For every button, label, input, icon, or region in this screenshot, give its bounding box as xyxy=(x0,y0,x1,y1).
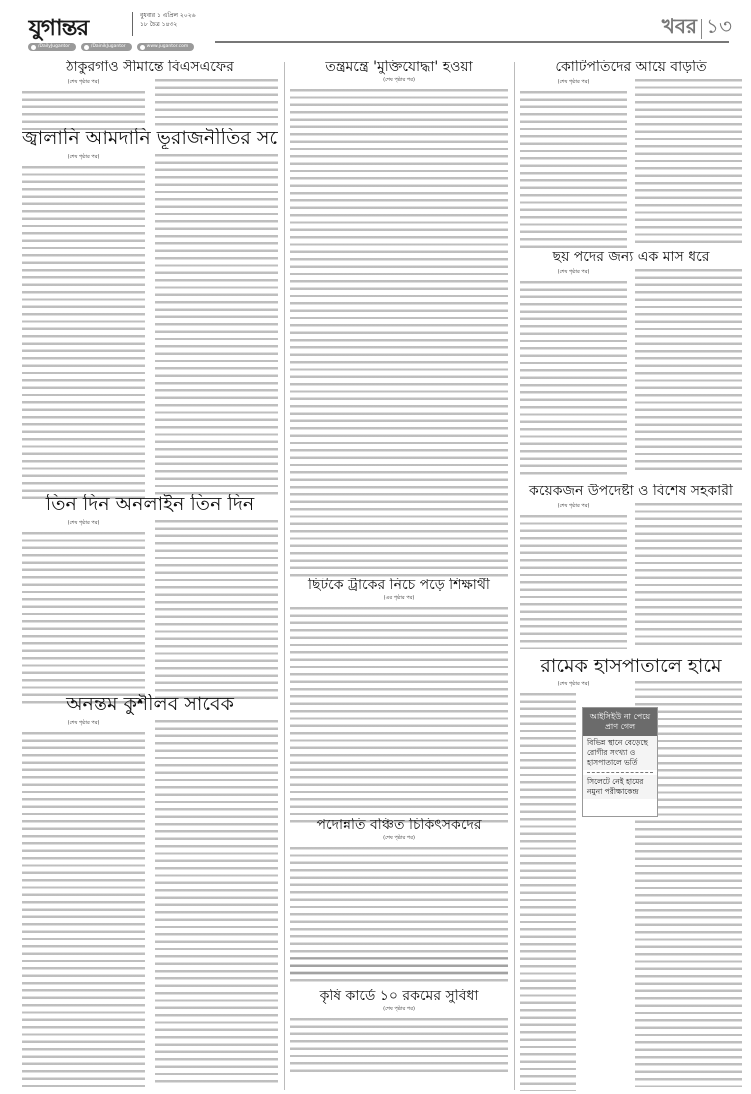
jump-line: (শেষ পৃষ্ঠার পর) xyxy=(520,681,627,689)
article-body: করা হয়েছে। হাসপাতালে ভর্তি স্বজন ও সহযো… xyxy=(22,730,145,1090)
column-divider xyxy=(514,62,515,1090)
article-body: রাতে পৌঁছে শহরের কলেজপাড়ায় ফেরার পথে ত… xyxy=(290,605,508,823)
headline[interactable]: অনন্তম কুশীলব সাবেক xyxy=(22,694,278,715)
section-divider xyxy=(701,19,702,39)
article-body: চাল দরকার হয়। রাজশাহী মেডিকেল কলেজ হাসপ… xyxy=(520,691,576,1091)
article-online-class[interactable]: তিন দিন অনলাইন তিন দিন (শেষ পৃষ্ঠার পর) … xyxy=(22,494,278,704)
article-body: হারে সম্পত্তি ও সামর্থ্য অনুযায়ী কর আদা… xyxy=(520,89,627,249)
headline[interactable]: ছিটকে ট্রাকের নিচে পড়ে শিক্ষার্থী xyxy=(290,578,508,593)
highlight-middle: বিভিন্ন স্থানে বেড়েছে রোগীর সংখ্যা ও হা… xyxy=(583,736,657,770)
facebook-icon xyxy=(84,45,89,50)
article-body: মাহমুদ, মো. গাজী রাকিব উদ্দিন ভূঁইয়া, অ… xyxy=(520,279,627,479)
headline[interactable]: পদোন্নতি বঞ্চিত চিকিৎসকদের xyxy=(290,818,508,833)
article-advisers[interactable]: কয়েকজন উপদেষ্টা ও বিশেষ সহকারী (শেষ পৃষ… xyxy=(520,484,742,649)
website-link[interactable]: www.jugantor.com xyxy=(137,43,195,51)
column-divider xyxy=(284,62,285,1090)
social-links: /DailyJugantor /DainikJugantor www.jugan… xyxy=(28,43,194,51)
jump-line: (শেষ পৃষ্ঠার পর) xyxy=(22,79,145,87)
jump-line: (শেষ পৃষ্ঠার পর) xyxy=(290,835,508,843)
date-bengali: ১৮ চৈত্র ১৪৩২ xyxy=(140,20,196,29)
article-body: আন্তর্জাতিক প্রতিক্রিয়া রয়েছে, তারেক র… xyxy=(635,501,742,645)
article-body: অনলাইন শিক্ষাকে উৎসাহিত করার বিষয়ে আলোচ… xyxy=(22,530,145,704)
jump-line: (এর পৃষ্ঠার পর) xyxy=(290,595,508,603)
article-body: সকাল করেন। অভিভাবক রাজধানীর স্কুলের সময়… xyxy=(155,518,278,700)
dateline: বুধবার ১ এপ্রিল ২০২৬ ১৮ চৈত্র ১৪৩২ xyxy=(140,11,196,29)
article-crorepati[interactable]: কোটিপতিদের আয়ে বাড়তি (শেষ পৃষ্ঠার পর) … xyxy=(520,60,742,249)
headline[interactable]: জ্বালানি আমদানি ভূরাজনীতির সঙ্গে জড়িয়ে xyxy=(22,128,278,149)
highlight-bottom: সিলেটে নেই হামের নমুনা পরীক্ষাকেন্দ্র xyxy=(583,775,657,799)
date-gregorian: বুধবার ১ এপ্রিল ২০২৬ xyxy=(140,11,196,20)
article-promotion-doctors[interactable]: পদোন্নতি বঞ্চিত চিকিৎসকদের (শেষ পৃষ্ঠার … xyxy=(290,818,508,975)
jump-line: (শেষ পৃষ্ঠার পর) xyxy=(520,269,627,277)
jump-line: (শেষ পৃষ্ঠার পর) xyxy=(290,1006,508,1014)
article-body: মরদেহ দাঁড়িয়েছে। তাঁরা বলেন, আমার স্বা… xyxy=(22,89,145,133)
x-icon xyxy=(31,45,36,50)
jump-line: (শেষ পৃষ্ঠার পর) xyxy=(290,77,508,85)
article-energy-geopolitics[interactable]: জ্বালানি আমদানি ভূরাজনীতির সঙ্গে জড়িয়ে… xyxy=(22,128,278,499)
article-body xyxy=(290,1016,508,1072)
social-facebook-link[interactable]: /DainikJugantor xyxy=(81,43,132,51)
article-kushilab[interactable]: অনন্তম কুশীলব সাবেক (শেষ পৃষ্ঠার পর) করা… xyxy=(22,694,278,1090)
headline[interactable]: তিন দিন অনলাইন তিন দিন xyxy=(22,494,278,515)
article-body: জ্বালানি খাতে ভর্তুকির চাহিদা বাড়বে। তা… xyxy=(155,152,278,495)
header-rule xyxy=(215,41,729,43)
article-body-top: চেষ্টা চলছে। বিতরণের পাশাপাশি প্রকৃত কৃষ… xyxy=(290,955,508,985)
jump-line: (শেষ পৃষ্ঠার পর) xyxy=(22,154,145,162)
headline[interactable]: তন্ত্রমন্ত্রে 'মুক্তিযোদ্ধা' হওয়া xyxy=(290,60,508,75)
social-x-link[interactable]: /DailyJugantor xyxy=(28,43,76,51)
logo-divider xyxy=(132,12,133,36)
article-agri-card[interactable]: চেষ্টা চলছে। বিতরণের পাশাপাশি প্রকৃত কৃষ… xyxy=(290,955,508,1072)
article-student-truck[interactable]: ছিটকে ট্রাকের নিচে পড়ে শিক্ষার্থী (এর প… xyxy=(290,578,508,823)
article-body: পুরনো বাজারের সংখ্যা বেড়েছে বলেও জানা গ… xyxy=(635,267,742,475)
article-body: একপর্যায়ে দাম দেওয়ার কথা তিনি জানান। স… xyxy=(22,164,145,499)
headline[interactable]: কয়েকজন উপদেষ্টা ও বিশেষ সহকারী xyxy=(520,484,742,499)
article-body: উন্নত আয়কর প্রত্যাহারের দাবি জানান তিনি… xyxy=(635,77,742,245)
headline[interactable]: ঠাকুরগাঁও সীমান্তে বিএসএফের xyxy=(22,60,278,75)
article-thakurgaon[interactable]: ঠাকুরগাঁও সীমান্তে বিএসএফের (শেষ পৃষ্ঠার… xyxy=(22,60,278,133)
article-six-posts[interactable]: ছয় পদের জন্য এক মাস ধরে (শেষ পৃষ্ঠার পর… xyxy=(520,250,742,479)
newspaper-page: যুগান্তর বুধবার ১ এপ্রিল ২০২৬ ১৮ চৈত্র ১… xyxy=(0,0,751,1094)
article-body: বিশেষ ট্রাইব্যুনাল বলেন, একদফায় বলা যায… xyxy=(155,718,278,1086)
masthead: যুগান্তর বুধবার ১ এপ্রিল ২০২৬ ১৮ চৈত্র ১… xyxy=(22,8,742,54)
globe-icon xyxy=(140,45,145,50)
headline[interactable]: ছয় পদের জন্য এক মাস ধরে xyxy=(520,250,742,265)
jump-line: (শেষ পৃষ্ঠার পর) xyxy=(22,720,145,728)
headline[interactable]: কোটিপতিদের আয়ে বাড়তি xyxy=(520,60,742,75)
article-muktijoddha[interactable]: তন্ত্রমন্ত্রে 'মুক্তিযোদ্ধা' হওয়া (শেষ … xyxy=(290,60,508,579)
highlight-top: আইসিইউ না পেয়ে প্রাণ গেল xyxy=(583,708,657,736)
highlight-box: আইসিইউ না পেয়ে প্রাণ গেল বিভিন্ন স্থানে… xyxy=(582,707,658,817)
dashed-divider xyxy=(587,772,653,773)
article-body: লেফটেন্যান্ট কর্নেল তানজির আহমেদ বলেন, ব… xyxy=(155,77,278,129)
headline[interactable]: কৃষি কার্ডে ১০ রকমের সুবিধা xyxy=(290,989,508,1004)
jump-line: (শেষ পৃষ্ঠার পর) xyxy=(22,520,145,528)
jump-line: (শেষ পৃষ্ঠার পর) xyxy=(520,503,627,511)
jump-line: (শেষ পৃষ্ঠার পর) xyxy=(520,79,627,87)
article-body: তিনি বলেন, আমার কাছে অনেক মুক্তিযোদ্ধা এ… xyxy=(290,87,508,579)
headline[interactable]: রামেক হাসপাতালে হামে xyxy=(520,656,742,677)
article-body: উপদেষ্টা, জ্বালানি ও বিদ্যুৎ মন্ত্রণালয়… xyxy=(520,513,627,649)
